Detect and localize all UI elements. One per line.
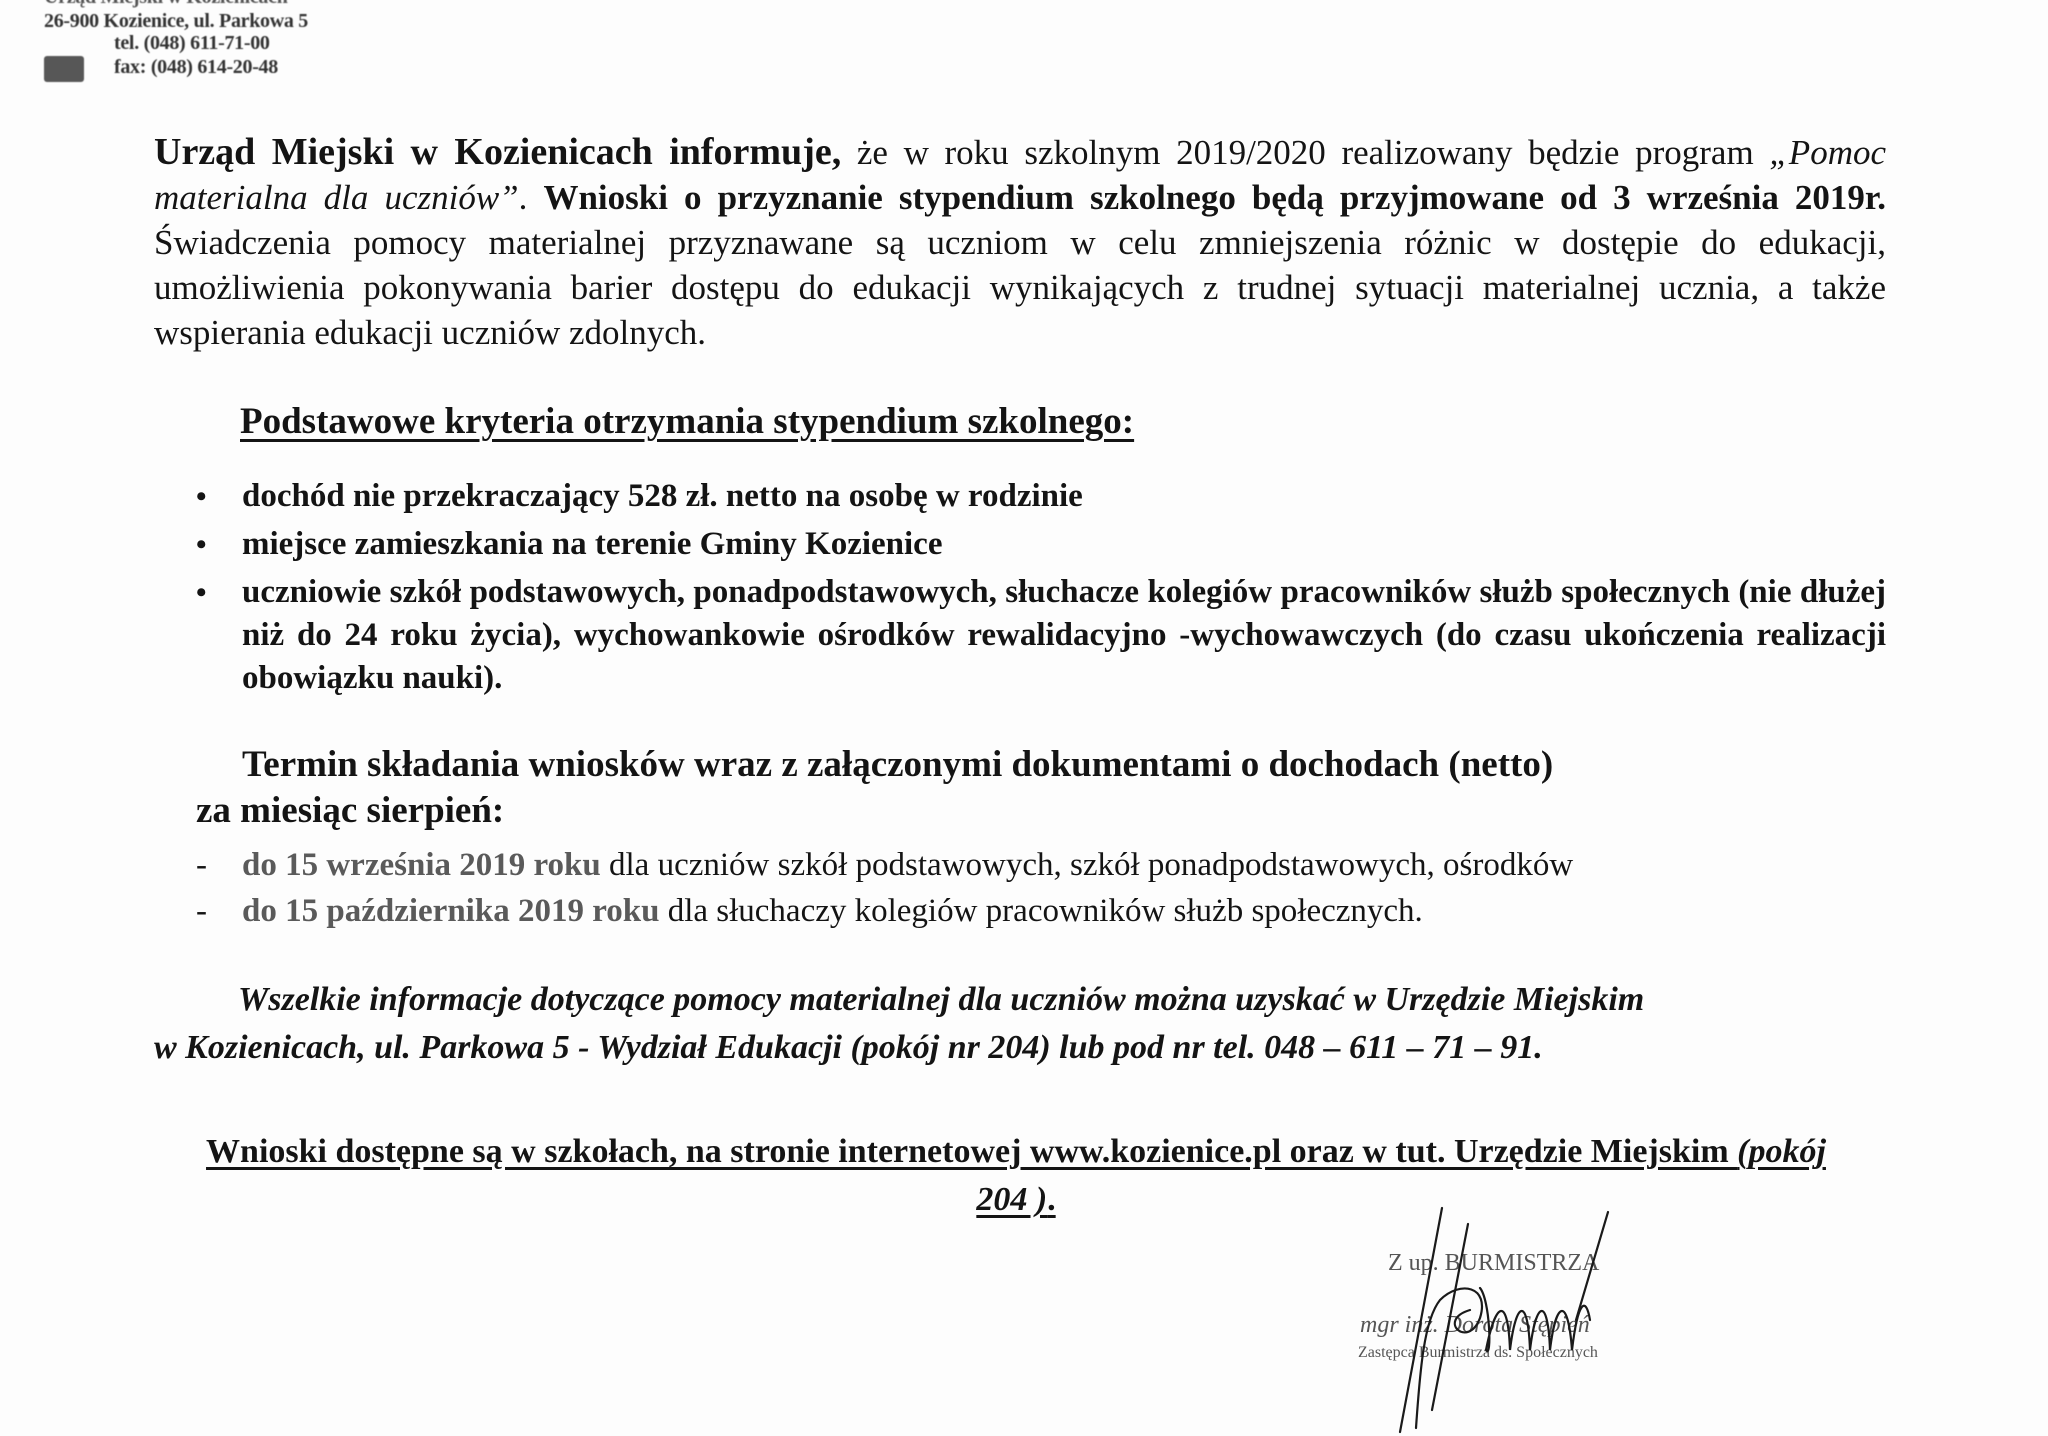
intro-text-1: że w roku szkolnym 2019/2020 realizowany… xyxy=(841,133,1769,172)
deadline-date: do 15 września 2019 roku xyxy=(242,847,601,883)
contact-info-line-1: Wszelkie informacje dotyczące pomocy mat… xyxy=(154,976,1886,1024)
dash-icon: - xyxy=(196,842,207,888)
intro-text-2: . xyxy=(519,178,544,217)
criteria-item: •miejsce zamieszkania na terenie Gminy K… xyxy=(196,523,1886,566)
deadline-heading-line-1: Termin składania wniosków wraz z załączo… xyxy=(196,742,1896,788)
criteria-text: uczniowie szkół podstawowych, ponadpodst… xyxy=(242,574,1886,696)
intro-lead: Urząd Miejski w Kozienicach informuje, xyxy=(154,131,841,173)
deadline-date: do 15 października 2019 roku xyxy=(242,893,659,929)
applications-notice: Wnioski o przyznanie stypendium szkolneg… xyxy=(543,178,1886,217)
deadline-list: -do 15 września 2019 roku dla uczniów sz… xyxy=(196,842,1896,934)
deadline-item: -do 15 października 2019 roku dla słucha… xyxy=(196,888,1896,934)
handwritten-signature-icon xyxy=(1340,1200,1700,1436)
criteria-list: •dochód nie przekraczający 528 zł. netto… xyxy=(196,475,1886,700)
criteria-item: •dochód nie przekraczający 528 zł. netto… xyxy=(196,475,1886,518)
stamp-address: 26-900 Kozienice, ul. Parkowa 5 xyxy=(44,10,308,33)
dash-icon: - xyxy=(196,888,207,934)
contact-info-line-2: w Kozienicach, ul. Parkowa 5 - Wydział E… xyxy=(154,1024,1886,1072)
criteria-item: •uczniowie szkół podstawowych, ponadpods… xyxy=(196,571,1886,700)
signature-block: Z up. BURMISTRZA mgr inż. Dorota Stępień… xyxy=(1340,1200,1700,1436)
intro-paragraph: Urząd Miejski w Kozienicach informuje, ż… xyxy=(154,130,1886,355)
stamp-emblem-icon xyxy=(44,56,84,82)
criteria-heading: Podstawowe kryteria otrzymania stypendiu… xyxy=(240,400,1134,443)
stamp-fax: fax: (048) 614-20-48 xyxy=(114,56,278,79)
deadline-text: dla uczniów szkół podstawowych, szkół po… xyxy=(601,847,1573,883)
stamp-phone: tel. (048) 611-71-00 xyxy=(114,32,270,55)
contact-info: Wszelkie informacje dotyczące pomocy mat… xyxy=(154,976,1886,1072)
bullet-icon: • xyxy=(196,523,207,566)
bullet-icon: • xyxy=(196,571,207,614)
criteria-text: dochód nie przekraczający 528 zł. netto … xyxy=(242,478,1083,514)
criteria-text: miejsce zamieszkania na terenie Gminy Ko… xyxy=(242,526,942,562)
intro-text-3: Świadczenia pomocy materialnej przyznawa… xyxy=(154,223,1886,352)
deadline-heading-line-2: za miesiąc sierpień: xyxy=(196,788,1896,834)
stamp-office-name: Urząd Miejski w Kozienicach xyxy=(44,0,288,9)
deadline-item: -do 15 września 2019 roku dla uczniów sz… xyxy=(196,842,1896,888)
bullet-icon: • xyxy=(196,475,207,518)
deadline-heading: Termin składania wniosków wraz z załączo… xyxy=(196,742,1896,834)
availability-end: . xyxy=(1047,1181,1056,1218)
deadline-text: dla słuchaczy kolegiów pracowników służb… xyxy=(659,893,1422,929)
availability-text: Wnioski dostępne są w szkołach, na stron… xyxy=(206,1133,1737,1170)
